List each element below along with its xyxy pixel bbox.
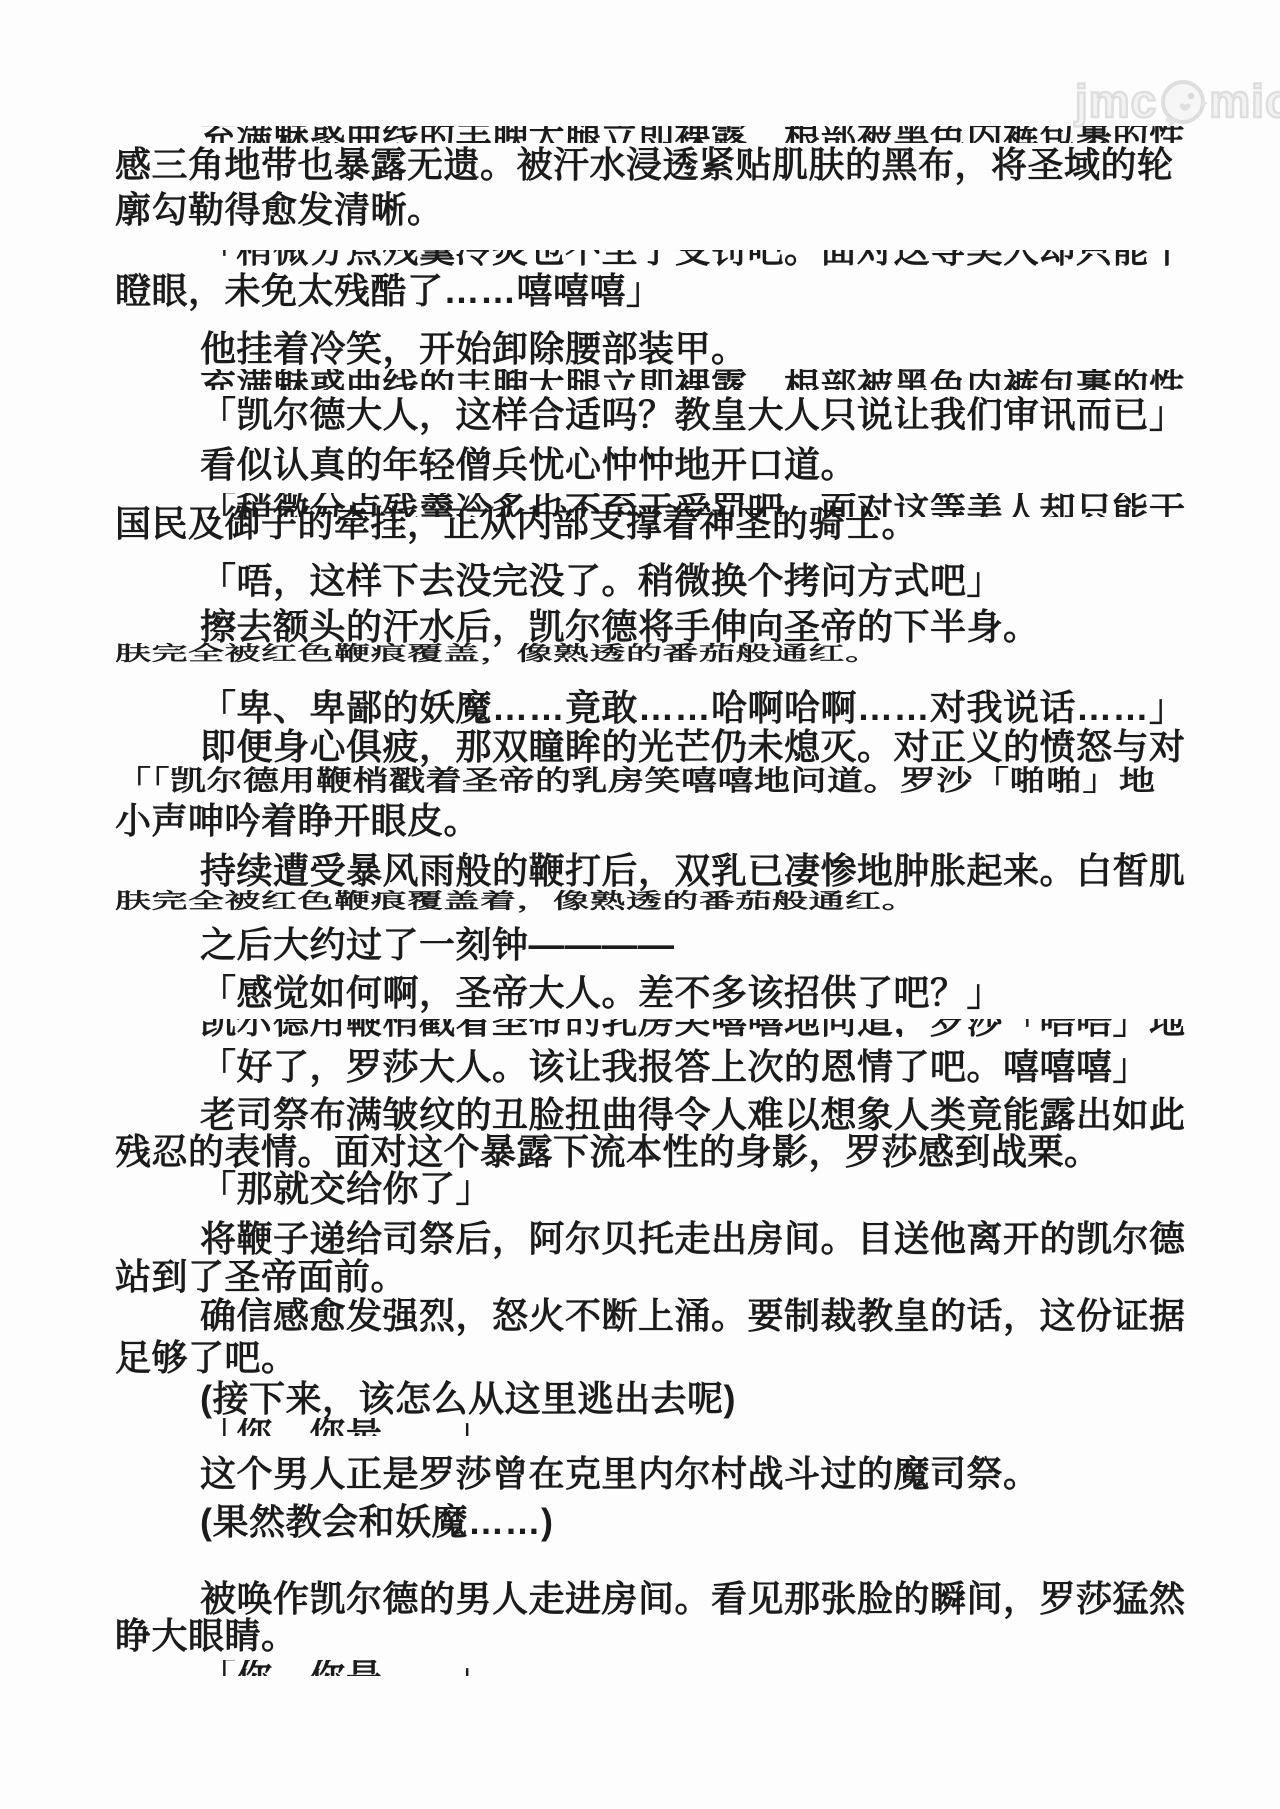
watermark-text-left: jmc (1075, 78, 1157, 124)
text-line: 凯尔德用鞭梢戳着圣帝的乳房笑嘻嘻地问道，罗莎「唔唔」地 (200, 1019, 1186, 1037)
text-line-content: 廓勾勒得愈发清晰。 (115, 191, 444, 228)
text-line: 「那就交给你了」 (200, 1170, 492, 1207)
text-line: 感三角地带也暴露无遗。被汗水浸透紧贴肌肤的黑布，将圣域的轮 (115, 146, 1174, 183)
chick-mascot-icon (1158, 76, 1208, 126)
text-line-content: 被唤作凯尔德的男人走进房间。看见那张脸的瞬间，罗莎猛然 (200, 1580, 1186, 1617)
text-line: 持续遭受暴风雨般的鞭打后，双乳已凄惨地肿胀起来。白皙肌 (200, 852, 1186, 889)
text-line-content: 之后大约过了一刻钟———— (200, 926, 675, 963)
text-line: 他挂着冷笑，开始卸除腰部装甲。 (200, 330, 748, 367)
text-line: 小声呻吟着睁开眼皮。 (115, 802, 480, 839)
text-line: 「「凯尔德用鞭梢戳着圣帝的乳房笑嘻嘻地问道。罗沙「啪啪」地 (115, 766, 1156, 803)
text-line-content: 确信感愈发强烈，怒火不断上涌。要制裁教皇的话，这份证据 (200, 1297, 1186, 1334)
text-line-content: 持续遭受暴风雨般的鞭打后，双乳已凄惨地肿胀起来。白皙肌 (200, 852, 1186, 889)
text-line: 看似认真的年轻僧兵忧心忡忡地开口道。 (200, 446, 857, 483)
text-line-content: 「感觉如何啊，圣帝大人。差不多该招供了吧？」 (200, 974, 1003, 1011)
text-line-content: 感三角地带也暴露无遗。被汗水浸透紧贴肌肤的黑布，将圣域的轮 (115, 146, 1174, 183)
text-line-content: 瞪眼，未免太残酷了……嘻嘻嘻」 (115, 272, 663, 309)
watermark-text-right: mic (1209, 78, 1280, 124)
text-line-content: 站到了圣帝面前。 (115, 1258, 407, 1295)
text-line: 被唤作凯尔德的男人走进房间。看见那张脸的瞬间，罗莎猛然 (200, 1580, 1186, 1617)
text-line: 这个男人正是罗莎曾在克里内尔村战斗过的魔司祭。 (200, 1455, 1040, 1492)
text-line: 廓勾勒得愈发清晰。 (115, 191, 444, 228)
text-line-content: 充满魅惑曲线的丰腴大腿立即裸露，根部被黑色内裤包裹的性 (200, 369, 1186, 390)
text-line-content: 将鞭子递给司祭后，阿尔贝托走出房间。目送他离开的凯尔德 (200, 1220, 1186, 1257)
text-line: 充满魅惑曲线的丰腴大腿立即裸露，根部被黑色内裤包裹的性 (200, 126, 1186, 143)
text-line: 「唔，这样下去没完没了。稍微换个拷问方式吧」 (200, 562, 1003, 599)
text-line: 站到了圣帝面前。 (115, 1258, 407, 1295)
text-line: 睁大眼睛。 (115, 1617, 298, 1654)
text-line-content: 这个男人正是罗莎曾在克里内尔村战斗过的魔司祭。 (200, 1455, 1040, 1492)
text-line-content: 「唔，这样下去没完没了。稍微换个拷问方式吧」 (200, 562, 1003, 599)
text-line-content: 「凯尔德大人，这样合适吗？教皇大人只说让我们审讯而已」 (200, 396, 1186, 433)
text-line: 国民及御子的牵挂，正从内部支撑着神圣的骑士。 (115, 505, 918, 542)
text-line-content: 「稍微分点残羹冷炙也不至于受罚吧。面对这等美人却只能干 (200, 250, 1186, 267)
text-line-content: 「「凯尔德用鞭梢戳着圣帝的乳房笑嘻嘻地问道。罗沙「啪啪」地 (115, 766, 1156, 795)
text-line: 「凯尔德大人，这样合适吗？教皇大人只说让我们审讯而已」 (200, 396, 1186, 433)
text-line-content: 「你、你是……」 (200, 1418, 492, 1436)
text-line: (果然教会和妖魔……) (200, 1503, 553, 1540)
text-line: 肤完全被红色鞭痕覆盖着，像熟透的番茄般通红。 (115, 890, 918, 927)
text-line-content: 「好了，罗莎大人。该让我报答上次的恩情了吧。嘻嘻嘻」 (200, 1048, 1149, 1085)
text-line-content: (接下来，该怎么从这里逃出去呢) (200, 1380, 736, 1417)
text-line-content: 小声呻吟着睁开眼皮。 (115, 802, 480, 839)
text-line: 「你、你是……」 (200, 1418, 492, 1436)
text-line: 充满魅惑曲线的丰腴大腿立即裸露，根部被黑色内裤包裹的性 (200, 369, 1186, 390)
text-line: 擦去额头的汗水后，凯尔德将手伸向圣帝的下半身。 (200, 608, 1040, 645)
text-line: 之后大约过了一刻钟———— (200, 926, 675, 963)
text-line: 「卑、卑鄙的妖魔……竟敢……哈啊哈啊……对我说话……」 (200, 689, 1186, 726)
text-line-content: 即便身心俱疲，那双瞳眸的光芒仍未熄灭。对正义的愤怒与对 (200, 728, 1186, 765)
text-line-content: 「你、你是……」 (200, 1660, 492, 1676)
text-line: 足够了吧。 (115, 1339, 298, 1376)
text-line: (接下来，该怎么从这里逃出去呢) (200, 1380, 736, 1417)
text-line-content: 睁大眼睛。 (115, 1617, 298, 1654)
text-line-content: 足够了吧。 (115, 1339, 298, 1376)
text-line-content: 老司祭布满皱纹的丑脸扭曲得令人难以想象人类竟能露出如此 (200, 1096, 1186, 1133)
text-line-content: 肤完全被红色鞭痕覆盖，像熟透的番茄般通红。 (115, 643, 882, 663)
text-line: 「好了，罗莎大人。该让我报答上次的恩情了吧。嘻嘻嘻」 (200, 1048, 1149, 1085)
text-line-content: 国民及御子的牵挂，正从内部支撑着神圣的骑士。 (115, 505, 918, 542)
text-line: 肤完全被红色鞭痕覆盖，像熟透的番茄般通红。 (115, 643, 882, 680)
text-line-content: (果然教会和妖魔……) (200, 1503, 553, 1540)
text-line: 「稍微分点残羹冷炙也不至于受罚吧。面对这等美人却只能干 (200, 250, 1186, 267)
text-line: 「你、你是……」 (200, 1660, 492, 1676)
text-line: 残忍的表情。面对这个暴露下流本性的身影，罗莎感到战栗。 (115, 1133, 1101, 1170)
text-line-content: 肤完全被红色鞭痕覆盖着，像熟透的番茄般通红。 (115, 890, 918, 911)
text-line: 瞪眼，未免太残酷了……嘻嘻嘻」 (115, 272, 663, 309)
text-line-content: 充满魅惑曲线的丰腴大腿立即裸露，根部被黑色内裤包裹的性 (200, 126, 1186, 143)
text-line-content: 残忍的表情。面对这个暴露下流本性的身影，罗莎感到战栗。 (115, 1133, 1101, 1170)
text-line-content: 「卑、卑鄙的妖魔……竟敢……哈啊哈啊……对我说话……」 (200, 689, 1186, 726)
text-line-content: 看似认真的年轻僧兵忧心忡忡地开口道。 (200, 446, 857, 483)
text-line: 将鞭子递给司祭后，阿尔贝托走出房间。目送他离开的凯尔德 (200, 1220, 1186, 1257)
text-line: 确信感愈发强烈，怒火不断上涌。要制裁教皇的话，这份证据 (200, 1297, 1186, 1334)
text-line: 即便身心俱疲，那双瞳眸的光芒仍未熄灭。对正义的愤怒与对 (200, 728, 1186, 765)
text-line: 老司祭布满皱纹的丑脸扭曲得令人难以想象人类竟能露出如此 (200, 1096, 1186, 1133)
text-line-content: 擦去额头的汗水后，凯尔德将手伸向圣帝的下半身。 (200, 608, 1040, 645)
jmcomic-watermark: jmc mic (1075, 76, 1280, 126)
text-line-content: 凯尔德用鞭梢戳着圣帝的乳房笑嘻嘻地问道，罗莎「唔唔」地 (200, 1019, 1186, 1037)
text-line-content: 他挂着冷笑，开始卸除腰部装甲。 (200, 330, 748, 367)
novel-reader-page: jmc mic 充满魅惑曲线的丰腴大腿立即裸露，根部被黑色内裤包裹的性感三角地带… (0, 0, 1280, 1809)
text-line: 「感觉如何啊，圣帝大人。差不多该招供了吧？」 (200, 974, 1003, 1011)
text-line-content: 「那就交给你了」 (200, 1170, 492, 1207)
